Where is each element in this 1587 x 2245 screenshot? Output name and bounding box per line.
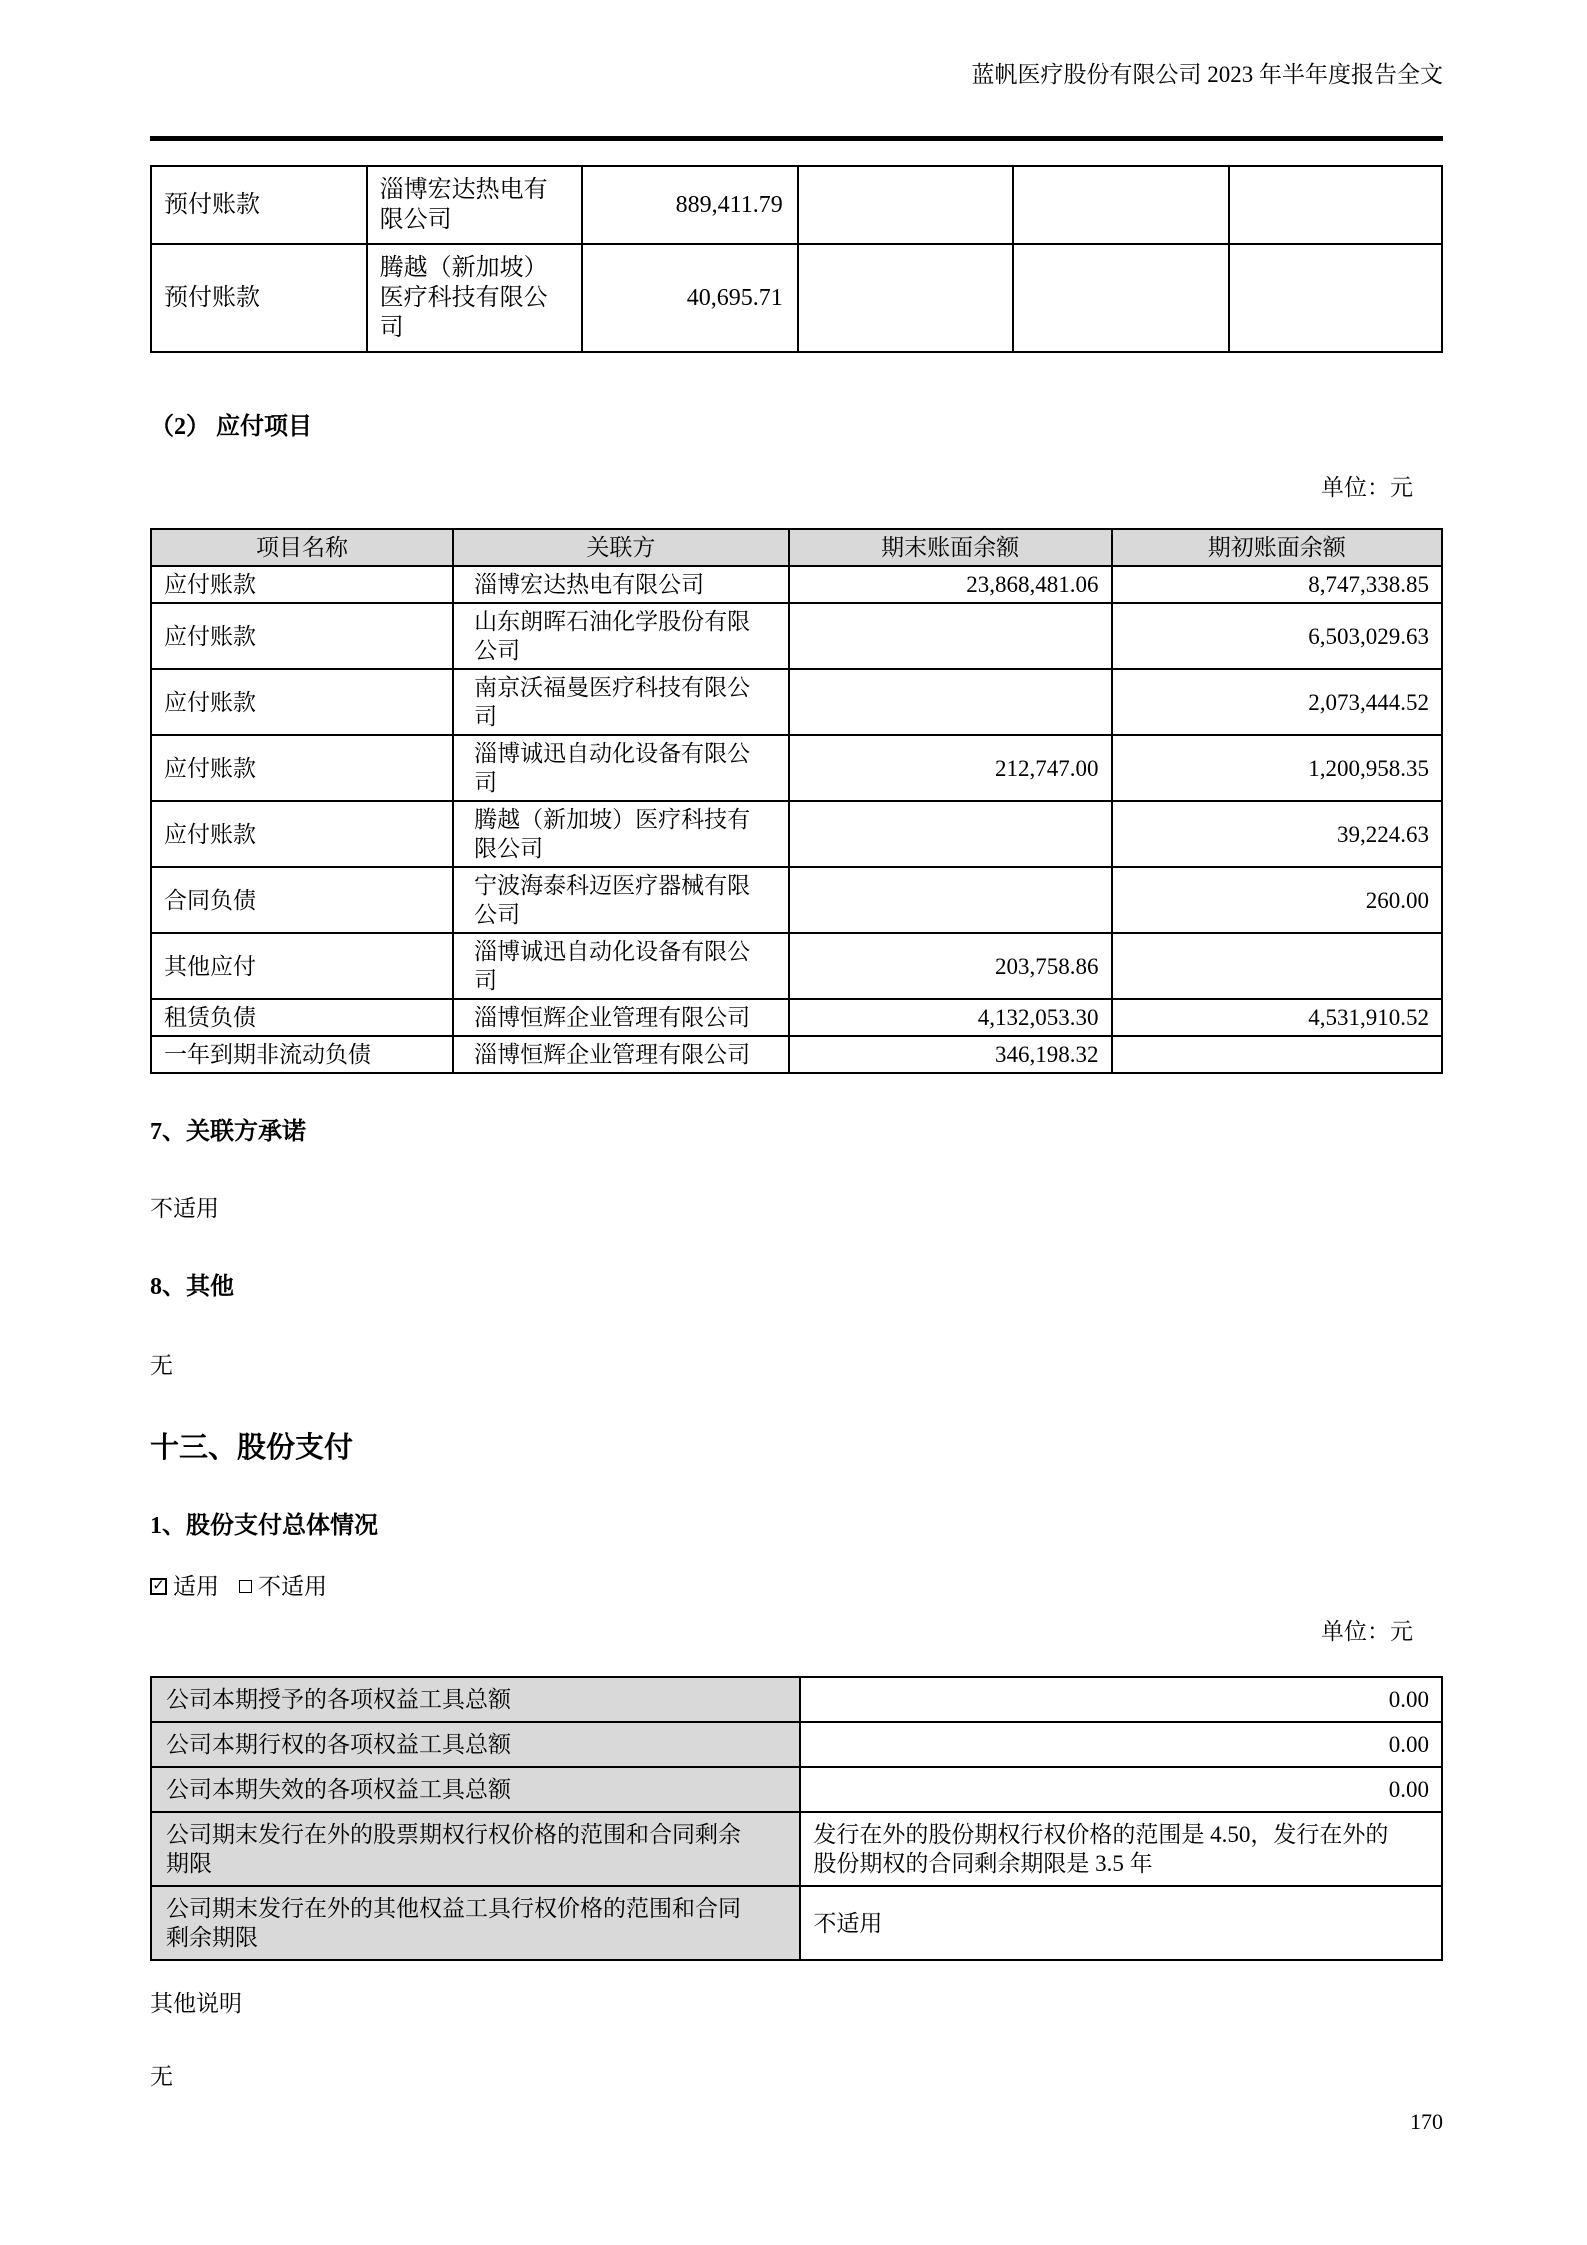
prepayment-cell: 889,411.79: [582, 166, 798, 244]
payable-cell: 应付账款: [151, 801, 453, 867]
table-row: 应付账款淄博诚迅自动化设备有限公司212,747.001,200,958.35: [151, 735, 1442, 801]
table-row: 公司期末发行在外的股票期权行权价格的范围和合同剩余期限发行在外的股份期权行权价格…: [151, 1812, 1442, 1886]
other-note-label: 其他说明: [150, 1989, 1443, 2018]
table-row: 公司本期行权的各项权益工具总额0.00: [151, 1722, 1442, 1767]
document-header-title: 蓝帆医疗股份有限公司 2023 年半年度报告全文: [150, 60, 1443, 90]
unit-label-payables: 单位：元: [150, 473, 1443, 502]
payable-cell: 宁波海泰科迈医疗器械有限公司: [453, 867, 789, 933]
table-row: 预付账款腾越（新加坡）医疗科技有限公司40,695.71: [151, 244, 1442, 352]
prepayment-cell: [798, 244, 1014, 352]
table-row: 应付账款山东朗晖石油化学股份有限公司6,503,029.63: [151, 603, 1442, 669]
payable-cell: 山东朗晖石油化学股份有限公司: [453, 603, 789, 669]
table-row: 应付账款淄博宏达热电有限公司23,868,481.068,747,338.85: [151, 566, 1442, 603]
payable-cell: 2,073,444.52: [1112, 669, 1443, 735]
table-row: 预付账款淄博宏达热电有限公司889,411.79: [151, 166, 1442, 244]
payable-cell: [789, 867, 1112, 933]
payable-cell: 租赁负债: [151, 999, 453, 1036]
payables-table: 项目名称关联方期末账面余额期初账面余额 应付账款淄博宏达热电有限公司23,868…: [150, 528, 1443, 1074]
payable-cell: 1,200,958.35: [1112, 735, 1443, 801]
section7-heading: 7、关联方承诺: [150, 1116, 1443, 1148]
payable-cell: 4,531,910.52: [1112, 999, 1443, 1036]
table-row: 应付账款腾越（新加坡）医疗科技有限公司39,224.63: [151, 801, 1442, 867]
applicable-checkbox-checked-icon: ✓: [150, 1578, 167, 1595]
share-payment-item-value: 发行在外的股份期权行权价格的范围是 4.50，发行在外的股份期权的合同剩余期限是…: [800, 1812, 1442, 1886]
payables-table-body: 应付账款淄博宏达热电有限公司23,868,481.068,747,338.85应…: [151, 566, 1442, 1073]
payable-cell: 346,198.32: [789, 1036, 1112, 1073]
prepayment-cell: [1013, 166, 1229, 244]
payable-cell: 应付账款: [151, 566, 453, 603]
share-payment-item-value: 0.00: [800, 1722, 1442, 1767]
payable-cell: 淄博恒辉企业管理有限公司: [453, 999, 789, 1036]
check-icon: ✓: [152, 1579, 165, 1594]
table-row: 应付账款南京沃福曼医疗科技有限公司2,073,444.52: [151, 669, 1442, 735]
table-row: 一年到期非流动负债淄博恒辉企业管理有限公司346,198.32: [151, 1036, 1442, 1073]
chapter13-sub1-heading: 1、股份支付总体情况: [150, 1510, 1443, 1542]
share-payment-item-label: 公司本期失效的各项权益工具总额: [151, 1767, 800, 1812]
prepayment-cell: 预付账款: [151, 244, 367, 352]
prepayment-cell: 腾越（新加坡）医疗科技有限公司: [367, 244, 583, 352]
share-payment-item-label: 公司期末发行在外的其他权益工具行权价格的范围和合同剩余期限: [151, 1886, 800, 1960]
payable-cell: 8,747,338.85: [1112, 566, 1443, 603]
column-header: 项目名称: [151, 529, 453, 566]
table-row: 公司本期失效的各项权益工具总额0.00: [151, 1767, 1442, 1812]
payable-cell: 203,758.86: [789, 933, 1112, 999]
payable-cell: 39,224.63: [1112, 801, 1443, 867]
table-row: 租赁负债淄博恒辉企业管理有限公司4,132,053.304,531,910.52: [151, 999, 1442, 1036]
section8-body: 无: [150, 1351, 1443, 1380]
share-payment-item-label: 公司本期授予的各项权益工具总额: [151, 1677, 800, 1722]
payable-cell: 淄博宏达热电有限公司: [453, 566, 789, 603]
payable-cell: 260.00: [1112, 867, 1443, 933]
payable-cell: [789, 801, 1112, 867]
table-row: 公司本期授予的各项权益工具总额0.00: [151, 1677, 1442, 1722]
prepayment-cell: [1013, 244, 1229, 352]
prepayment-cell: 淄博宏达热电有限公司: [367, 166, 583, 244]
payable-cell: 23,868,481.06: [789, 566, 1112, 603]
page-number: 170: [150, 2107, 1443, 2136]
payable-cell: 212,747.00: [789, 735, 1112, 801]
prepayment-cell: [1229, 166, 1442, 244]
share-payment-item-label: 公司本期行权的各项权益工具总额: [151, 1722, 800, 1767]
payables-section-heading: （2） 应付项目: [150, 411, 1443, 443]
payable-cell: 腾越（新加坡）医疗科技有限公司: [453, 801, 789, 867]
not-applicable-checkbox-empty-icon: [239, 1580, 252, 1593]
payable-cell: 应付账款: [151, 669, 453, 735]
header-divider-rule: [150, 136, 1443, 141]
table-row: 合同负债宁波海泰科迈医疗器械有限公司260.00: [151, 867, 1442, 933]
payable-cell: 应付账款: [151, 735, 453, 801]
payable-cell: 淄博恒辉企业管理有限公司: [453, 1036, 789, 1073]
share-payment-item-label: 公司期末发行在外的股票期权行权价格的范围和合同剩余期限: [151, 1812, 800, 1886]
section8-heading: 8、其他: [150, 1271, 1443, 1303]
payable-cell: [789, 603, 1112, 669]
chapter13-heading: 十三、股份支付: [150, 1428, 1443, 1468]
prepayment-cell: 预付账款: [151, 166, 367, 244]
payable-cell: 淄博诚迅自动化设备有限公司: [453, 933, 789, 999]
column-header: 关联方: [453, 529, 789, 566]
not-applicable-label: 不适用: [258, 1572, 327, 1601]
payable-cell: 合同负债: [151, 867, 453, 933]
prepayment-cell: [798, 166, 1014, 244]
prepayments-table: 预付账款淄博宏达热电有限公司889,411.79预付账款腾越（新加坡）医疗科技有…: [150, 165, 1443, 353]
other-note-body: 无: [150, 2062, 1443, 2091]
table-row: 公司期末发行在外的其他权益工具行权价格的范围和合同剩余期限不适用: [151, 1886, 1442, 1960]
prepayment-cell: [1229, 244, 1442, 352]
payable-cell: [1112, 1036, 1443, 1073]
applicable-label: 适用: [173, 1572, 219, 1601]
prepayment-cell: 40,695.71: [582, 244, 798, 352]
column-header: 期初账面余额: [1112, 529, 1443, 566]
payable-cell: 6,503,029.63: [1112, 603, 1443, 669]
payable-cell: 南京沃福曼医疗科技有限公司: [453, 669, 789, 735]
section7-body: 不适用: [150, 1194, 1443, 1223]
share-payment-item-value: 0.00: [800, 1677, 1442, 1722]
payable-cell: [1112, 933, 1443, 999]
share-payment-item-value: 不适用: [800, 1886, 1442, 1960]
payable-cell: 一年到期非流动负债: [151, 1036, 453, 1073]
payable-cell: [789, 669, 1112, 735]
report-page: 蓝帆医疗股份有限公司 2023 年半年度报告全文 预付账款淄博宏达热电有限公司8…: [0, 0, 1587, 2245]
payable-cell: 淄博诚迅自动化设备有限公司: [453, 735, 789, 801]
payable-cell: 应付账款: [151, 603, 453, 669]
prepayments-table-body: 预付账款淄博宏达热电有限公司889,411.79预付账款腾越（新加坡）医疗科技有…: [151, 166, 1442, 352]
payable-cell: 其他应付: [151, 933, 453, 999]
unit-label-share-payment: 单位：元: [150, 1617, 1443, 1646]
share-payment-table: 公司本期授予的各项权益工具总额0.00公司本期行权的各项权益工具总额0.00公司…: [150, 1676, 1443, 1961]
applicability-line: ✓ 适用 不适用: [150, 1572, 1443, 1601]
column-header: 期末账面余额: [789, 529, 1112, 566]
share-payment-table-body: 公司本期授予的各项权益工具总额0.00公司本期行权的各项权益工具总额0.00公司…: [151, 1677, 1442, 1960]
payables-header-row: 项目名称关联方期末账面余额期初账面余额: [151, 529, 1442, 566]
table-row: 其他应付淄博诚迅自动化设备有限公司203,758.86: [151, 933, 1442, 999]
share-payment-item-value: 0.00: [800, 1767, 1442, 1812]
payable-cell: 4,132,053.30: [789, 999, 1112, 1036]
